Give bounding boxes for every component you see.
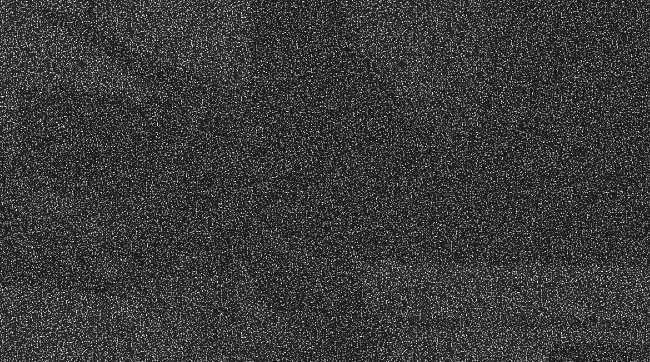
photo-canvas <box>0 0 650 362</box>
grain-pepper <box>0 0 650 362</box>
wreckage-photograph <box>0 0 650 362</box>
